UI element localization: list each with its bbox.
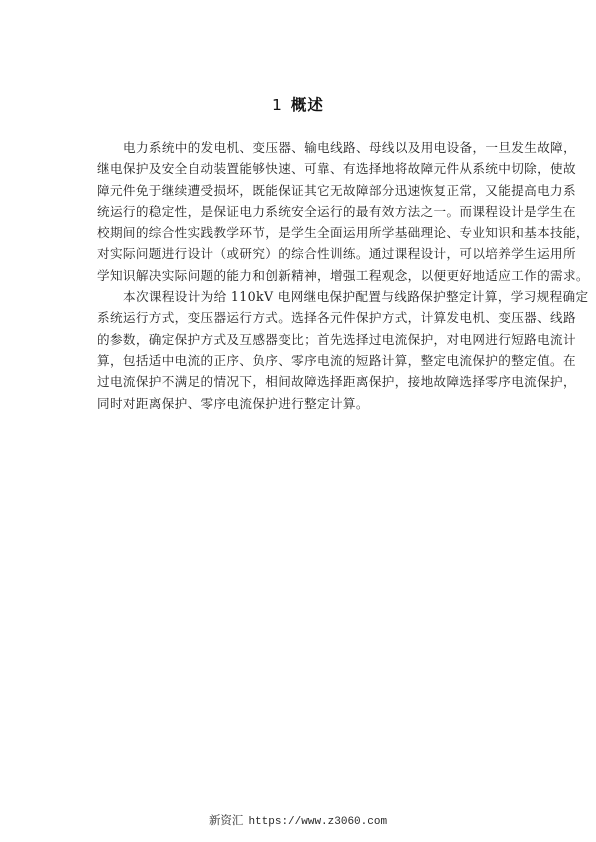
paragraph-1-line-4: 统运行的稳定性，是保证电力系统安全运行的最有效方法之一。而课程设计是学生在 [97,201,514,222]
body-text: 电力系统中的发电机、变压器、输电线路、母线以及用电设备，一旦发生故障， 继电保护… [97,137,514,414]
paragraph-2-line-3: 的参数，确定保护方式及互感器变比；首先选择过电流保护，对电网进行短路电流计 [97,329,514,350]
paragraph-1-line-3: 障元件免于继续遭受损坏，既能保证其它无故障部分迅速恢复正常，又能提高电力系 [97,180,514,201]
paragraph-2-line-4: 算，包括适中电流的正序、负序、零序电流的短路计算，整定电流保护的整定值。在 [97,350,514,371]
paragraph-1-line-2: 继电保护及安全自动装置能够快速、可靠、有选择地将故障元件从系统中切除，使故 [97,158,514,179]
paragraph-1-line-6: 对实际问题进行设计（或研究）的综合性训练。通过课程设计，可以培养学生运用所 [97,243,514,264]
paragraph-1-line-1: 电力系统中的发电机、变压器、输电线路、母线以及用电设备，一旦发生故障， [97,137,514,158]
document-page: 1概述 电力系统中的发电机、变压器、输电线路、母线以及用电设备，一旦发生故障， … [0,0,596,842]
paragraph-1-line-5: 校期间的综合性实践教学环节，是学生全面运用所学基础理论、专业知识和基本技能， [97,222,514,243]
paragraph-2-line-5: 过电流保护不满足的情况下，相间故障选择距离保护，接地故障选择零序电流保护， [97,371,514,392]
paragraph-1-line-7: 学知识解决实际问题的能力和创新精神，增强工程观念，以便更好地适应工作的需求。 [97,265,514,286]
paragraph-2-line-1: 本次课程设计为给 110kV 电网继电保护配置与线路保护整定计算，学习规程确定 [97,286,514,307]
section-heading: 1概述 [0,93,596,115]
footer-site-name: 新资汇 [209,813,244,827]
page-footer: 新资汇https://www.z3060.com [0,812,596,828]
section-number: 1 [272,96,283,114]
paragraph-2-line-2: 系统运行方式，变压器运行方式。选择各元件保护方式，计算发电机、变压器、线路 [97,307,514,328]
footer-url[interactable]: https://www.z3060.com [248,816,387,828]
section-title: 概述 [291,96,324,114]
paragraph-2-line-6: 同时对距离保护、零序电流保护进行整定计算。 [97,393,514,414]
